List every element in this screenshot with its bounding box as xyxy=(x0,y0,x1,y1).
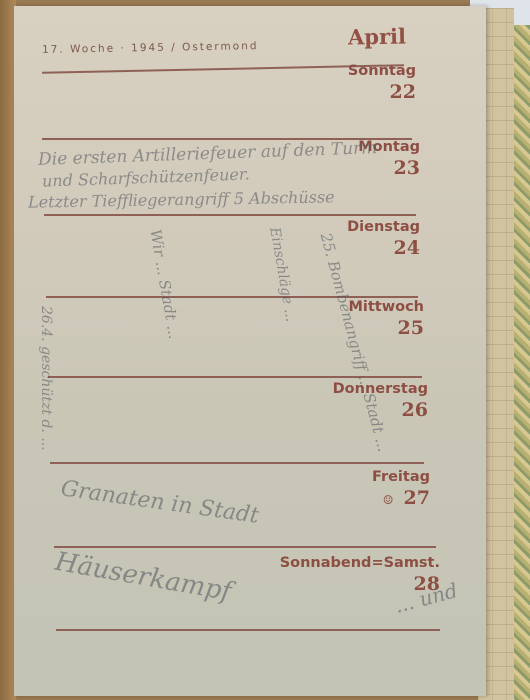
day-name: Freitag xyxy=(372,469,430,485)
rule-thursday xyxy=(50,462,424,464)
moon-phase-icon: ☺ xyxy=(383,493,394,507)
month-title: April xyxy=(348,23,406,49)
day-name: Dienstag xyxy=(347,219,420,235)
rule-saturday xyxy=(56,629,440,631)
day-name: Sonntag xyxy=(348,63,416,79)
handwriting-vertical-3: Einschläge ... xyxy=(266,226,298,323)
day-name: Sonnabend=Samst. xyxy=(280,555,440,571)
day-friday: Freitag ☺27 xyxy=(372,466,430,509)
day-number: ☺27 xyxy=(372,487,430,509)
handwriting-saturday: Häuserkampf xyxy=(53,547,234,607)
week-line: 17. Woche · 1945 / Ostermond xyxy=(42,40,259,56)
diary-page: 17. Woche · 1945 / Ostermond April Sonnt… xyxy=(14,6,486,696)
day-number: 22 xyxy=(348,81,416,103)
day-number-value: 27 xyxy=(404,487,430,509)
handwriting-friday: Granaten in Stadt xyxy=(59,476,260,529)
handwriting-vertical-1: 26.4. geschützt d. ... xyxy=(38,306,54,451)
day-number: 23 xyxy=(358,157,420,179)
handwriting-monday-3: Letzter Tieffliegerangriff 5 Abschüsse xyxy=(28,187,335,211)
handwriting-vertical-2: Wir ... Stadt ... xyxy=(146,228,183,340)
day-name: Donnerstag xyxy=(333,381,428,397)
day-tuesday: Dienstag 24 xyxy=(347,216,420,259)
rule-friday xyxy=(54,546,436,548)
day-name: Mittwoch xyxy=(348,299,424,315)
day-sunday: Sonntag 22 xyxy=(348,60,416,103)
day-number: 24 xyxy=(347,237,420,259)
